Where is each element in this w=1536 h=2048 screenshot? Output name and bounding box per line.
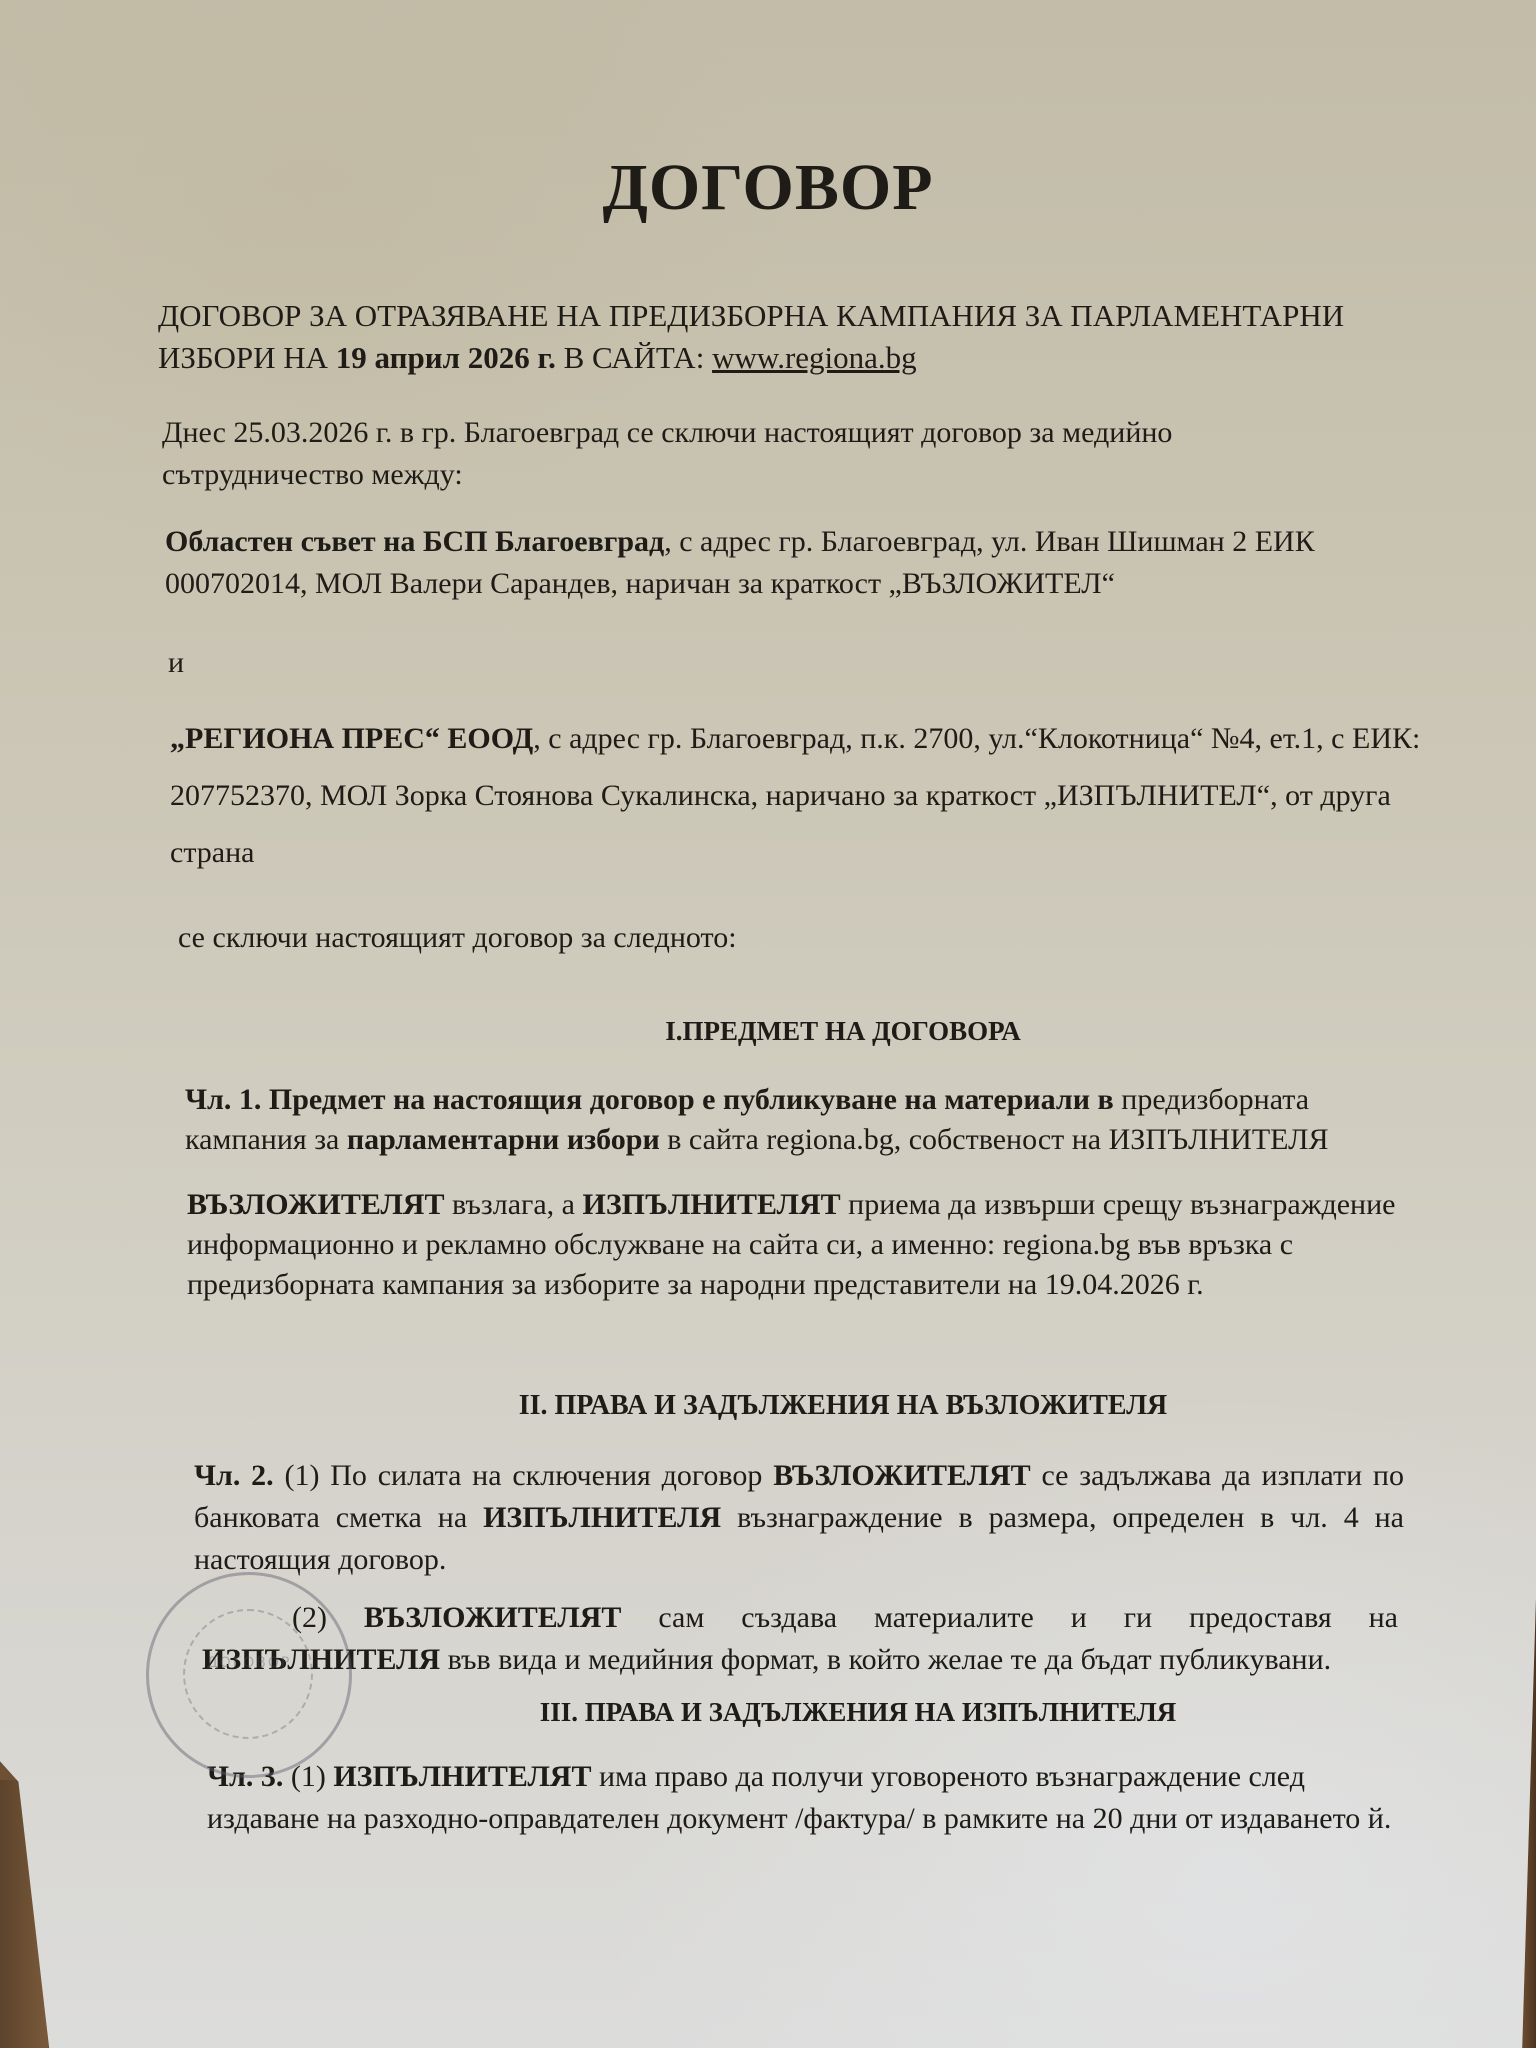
party1-name: Областен съвет на БСП Благоевград — [165, 525, 664, 558]
stamp-seal-icon: ДОГОВОР — [146, 1572, 352, 1778]
section-heading-2: II. ПРАВА И ЗАДЪЛЖЕНИЯ НА ВЪЗЛОЖИТЕЛЯ — [0, 1390, 1536, 1422]
website-link[interactable]: www.regiona.bg — [712, 340, 917, 375]
party-executor: „РЕГИОНА ПРЕС“ ЕООД, с адрес гр. Благоев… — [170, 710, 1440, 881]
article-1-bold: Предмет на настоящия договор е публикува… — [269, 1083, 1114, 1116]
election-date: 19 април 2026 г. — [336, 340, 556, 375]
contractor-term: ВЪЗЛОЖИТЕЛЯТ — [773, 1459, 1030, 1492]
article-1-label: Чл. 1. — [185, 1083, 261, 1116]
article-2-2-text-2: във вида и медийния формат, в който жела… — [440, 1643, 1331, 1676]
party-contractor: Областен съвет на БСП Благоевград, с адр… — [165, 521, 1415, 605]
article-2-text: (1) По силата на сключения договор — [274, 1459, 774, 1492]
subtitle-site-label: В САЙТА: — [556, 340, 712, 375]
document-title: ДОГОВОР — [0, 150, 1536, 226]
date-paragraph: Днес 25.03.2026 г. в гр. Благоевград се … — [162, 412, 1362, 496]
intro-paragraph: се сключи настоящият договор за следното… — [178, 917, 737, 959]
section-heading-1: I.ПРЕДМЕТ НА ДОГОВОРА — [0, 1016, 1536, 1047]
article-1-text-2: в сайта regiona.bg, собственост на ИЗПЪЛ… — [660, 1123, 1329, 1156]
article-1-bold-2: парламентарни избори — [347, 1123, 660, 1156]
article-2-2-text: сам създава материалите и ги предоставя … — [621, 1601, 1398, 1634]
executor-term: ИЗПЪЛНИТЕЛЯ — [483, 1501, 721, 1534]
article-2-1: Чл. 2. (1) По силата на сключения догово… — [194, 1455, 1404, 1581]
article-3-1: Чл. 3. (1) ИЗПЪЛНИТЕЛЯТ има право да пол… — [207, 1756, 1407, 1840]
article-2-2: (2) ВЪЗЛОЖИТЕЛЯТ сам създава материалите… — [202, 1597, 1398, 1681]
article-1: Чл. 1. Предмет на настоящия договор е пу… — [185, 1080, 1415, 1160]
party2-name: „РЕГИОНА ПРЕС“ ЕООД — [170, 722, 533, 755]
contractor-term: ВЪЗЛОЖИТЕЛЯТ — [187, 1188, 444, 1221]
stamp-text: ДОГОВОР — [149, 1655, 349, 1671]
article-2-label: Чл. 2. — [194, 1459, 274, 1492]
executor-term: ИЗПЪЛНИТЕЛЯТ — [583, 1188, 841, 1221]
document-subtitle: ДОГОВОР ЗА ОТРАЗЯВАНЕ НА ПРЕДИЗБОРНА КАМ… — [158, 295, 1448, 379]
contract-page: ДОГОВОР ДОГОВОР ЗА ОТРАЗЯВАНЕ НА ПРЕДИЗБ… — [0, 0, 1536, 2048]
conjunction: и — [168, 642, 184, 684]
executor-term: ИЗПЪЛНИТЕЛЯТ — [333, 1760, 591, 1793]
article-1-paragraph-2: ВЪЗЛОЖИТЕЛЯТ възлага, а ИЗПЪЛНИТЕЛЯТ при… — [187, 1185, 1427, 1305]
contractor-term: ВЪЗЛОЖИТЕЛЯТ — [364, 1601, 621, 1634]
article-1b-text: възлага, а — [444, 1188, 582, 1221]
